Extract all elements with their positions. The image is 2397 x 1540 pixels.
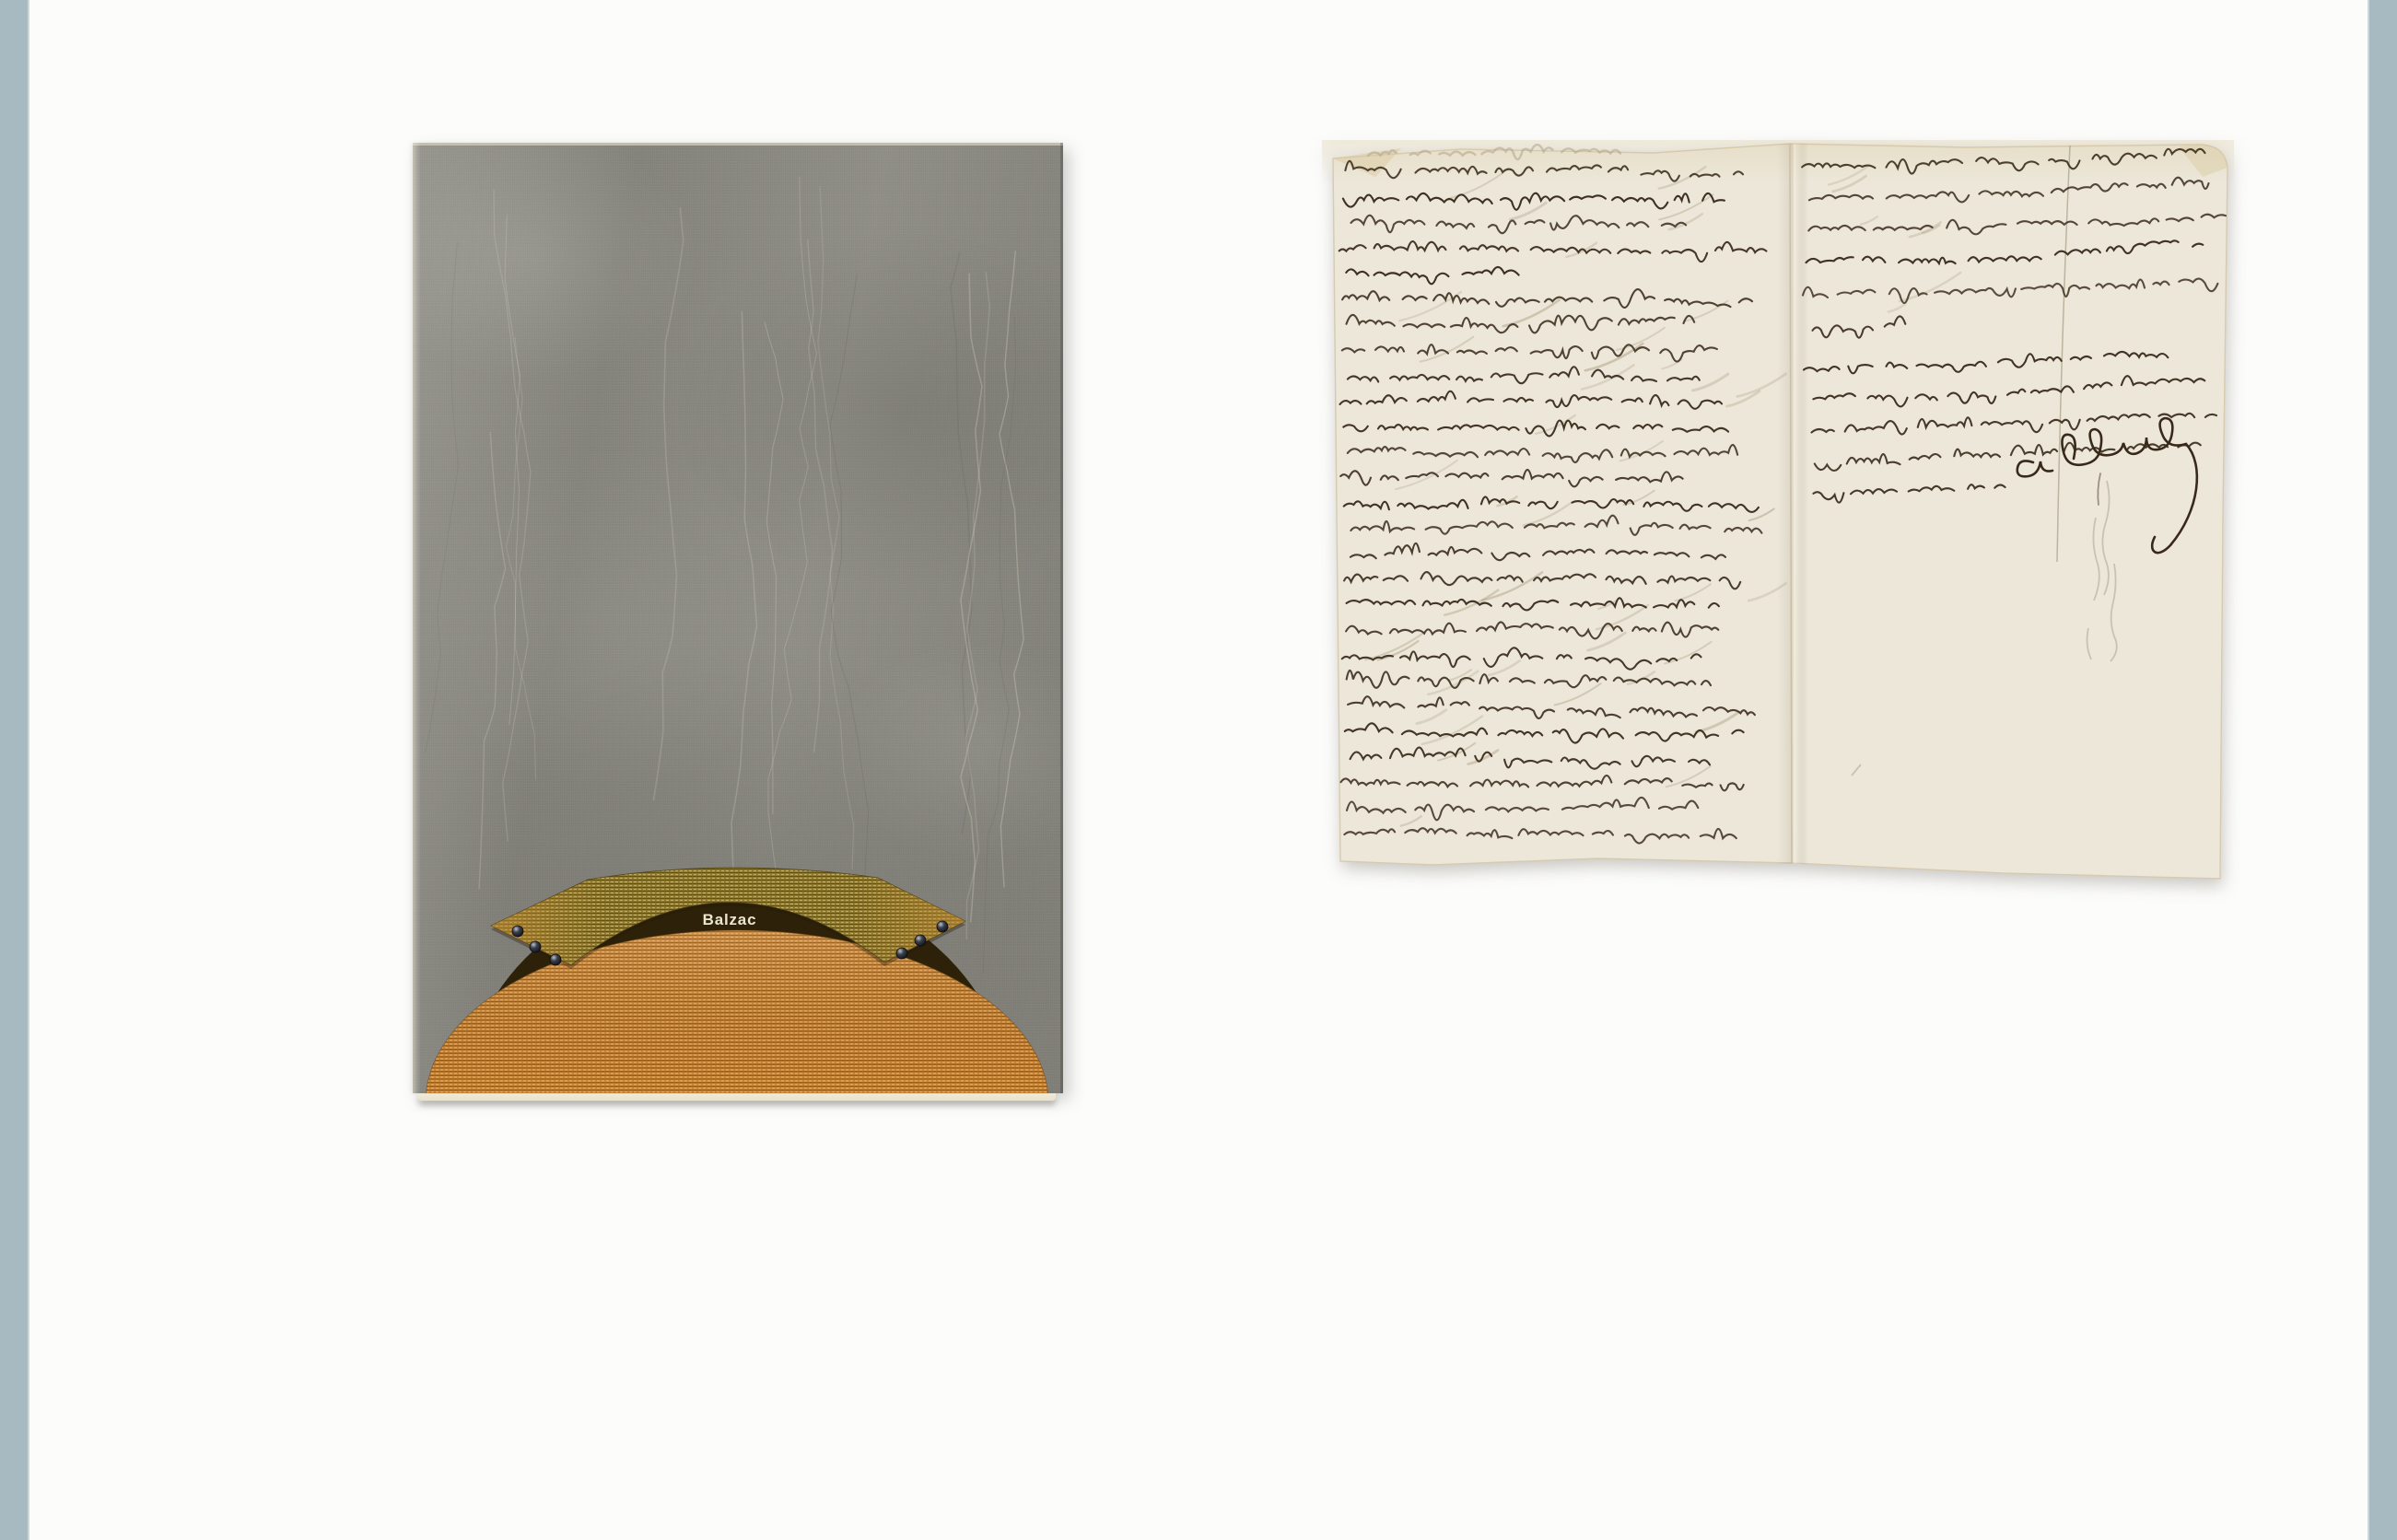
leather-crack [654, 208, 684, 800]
leather-crack [479, 432, 505, 889]
manuscript-art: de Balzac [1322, 131, 2234, 884]
leather-crack [731, 311, 757, 934]
leather-crack [426, 242, 459, 752]
rivet-stud [896, 948, 907, 959]
copper-shading [426, 930, 1048, 1093]
board-spine-edge [413, 143, 421, 1093]
right-edge-strip [2368, 0, 2397, 1540]
board-right-edge [1060, 143, 1063, 1093]
book-cover-photo[interactable]: Balzac [413, 143, 1063, 1093]
center-fold [1777, 144, 1808, 864]
paper-right-page [1790, 144, 2227, 879]
leather-crack [494, 190, 531, 841]
leather-crack [1000, 251, 1023, 887]
cover-ornament-art: Balzac [413, 143, 1063, 1093]
leather-crack [768, 177, 816, 879]
cover-title: Balzac [703, 911, 757, 928]
page-background: Balzac [0, 0, 2397, 1540]
deco-halfmoon-group: Balzac [426, 868, 1048, 1093]
leather-crack [983, 318, 1015, 974]
book-page-edge [418, 1093, 1056, 1101]
left-edge-strip [0, 0, 29, 1540]
rivet-stud [915, 935, 926, 946]
board-top-edge [413, 143, 1063, 146]
leather-crack [765, 322, 783, 814]
rivet-stud [550, 954, 561, 965]
leather-crack [830, 274, 869, 931]
leather-crack [808, 240, 833, 752]
rivet-stud [937, 921, 948, 932]
leather-crack [818, 187, 854, 869]
rivet-stud [530, 941, 541, 952]
leather-cracks [426, 177, 1023, 973]
leather-crack [505, 216, 520, 725]
rivet-stud [512, 926, 523, 937]
manuscript-photo[interactable]: de Balzac [1322, 131, 2234, 884]
